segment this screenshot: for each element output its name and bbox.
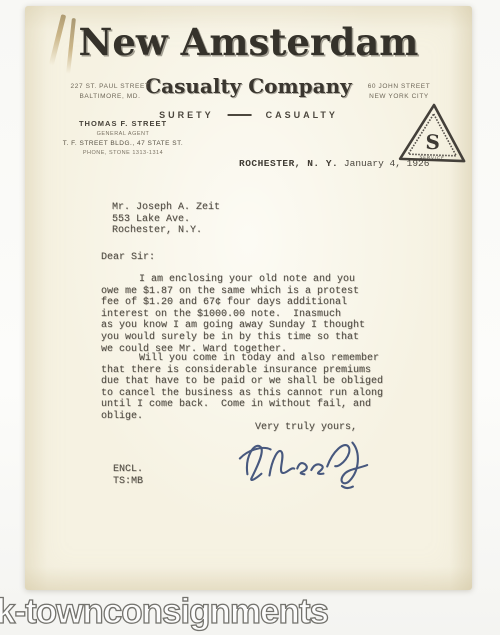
agent-name: Thomas F. Street [43, 118, 203, 130]
agent-title: General Agent [43, 130, 203, 139]
body-paragraph-1: I am enclosing your old note and you owe… [101, 274, 431, 355]
dateline-date: January 4, 1926 [344, 158, 430, 169]
letter-photo: New Amsterdam Casualty Company SURETY CA… [0, 0, 500, 635]
salutation: Dear Sir: [101, 252, 155, 264]
dateline: ROCHESTER, N. Y. January 4, 1926 [239, 158, 429, 169]
recipient-address: Mr. Joseph A. Zeit 553 Lake Ave. Rochest… [112, 202, 220, 237]
baltimore-office-address: 227 St. Paul Street Baltimore, Md. [55, 82, 165, 102]
tape-stain-mark [66, 18, 76, 74]
agent-address: T. F. Street Bldg., 47 State St. [43, 139, 203, 149]
company-name-line2: Casualty Company [145, 76, 352, 96]
body-paragraph-2: Will you come in today and also remember… [101, 353, 431, 423]
handwritten-signature [236, 427, 388, 494]
tape-stain-mark [49, 14, 66, 66]
enclosure-initials: ENCL. TS:MB [113, 464, 143, 487]
tagline-dash [228, 114, 252, 116]
agent-phone: Phone, Stone 1313-1314 [43, 149, 203, 158]
logo-center-letter: S [425, 130, 440, 154]
agent-block: Thomas F. Street General Agent T. F. Str… [43, 118, 203, 158]
seller-watermark: k-townconsignments [0, 592, 500, 632]
dateline-city: ROCHESTER, N. Y. [239, 158, 338, 169]
new-york-office-address: 60 John Street New York City [344, 82, 454, 102]
letter-paper: New Amsterdam Casualty Company SURETY CA… [25, 6, 472, 590]
tagline-casualty: CASUALTY [266, 110, 338, 120]
company-name-line1: New Amsterdam [79, 24, 419, 61]
